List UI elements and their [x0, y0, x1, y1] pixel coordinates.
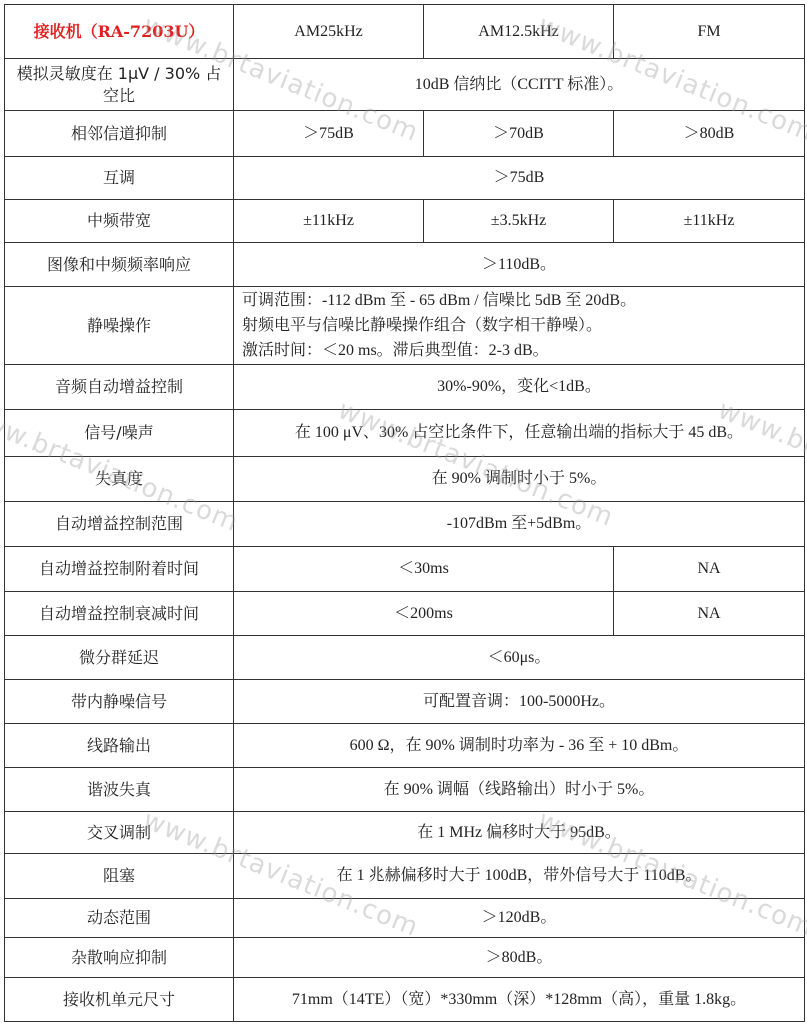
row-value: ＞120dB。 [234, 899, 805, 938]
row-label: 模拟灵敏度在 1μV / 30% 占空比 [5, 59, 234, 111]
row-value: ＞110dB。 [234, 243, 805, 287]
row-value-fm: NA [614, 547, 805, 592]
row-label: 杂散响应抑制 [5, 938, 234, 978]
squelch-range-line: 可调范围：-112 dBm 至 - 65 dBm / 信噪比 5dB 至 20d… [242, 288, 798, 313]
table-row: 交叉调制 在 1 MHz 偏移时大于 95dB。 [5, 812, 805, 854]
row-label: 阻塞 [5, 854, 234, 899]
table-row: 接收机单元尺寸 71mm（14TE）（宽）*330mm（深）*128mm（高），… [5, 978, 805, 1022]
table-row: 失真度 在 90% 调制时小于 5%。 [5, 457, 805, 502]
row-value-fm: ＞80dB [614, 111, 805, 157]
row-value: 600 Ω，在 90% 调制时功率为 - 36 至 + 10 dBm。 [234, 724, 805, 768]
row-value-fm: ±11kHz [614, 200, 805, 243]
row-value: 71mm（14TE）（宽）*330mm（深）*128mm（高），重量 1.8kg… [234, 978, 805, 1022]
row-label: 中频带宽 [5, 200, 234, 243]
table-header-row: 接收机（RA-7203U） AM25kHz AM12.5kHz FM [5, 5, 805, 59]
row-label: 自动增益控制范围 [5, 502, 234, 547]
table-row: 图像和中频频率响应 ＞110dB。 [5, 243, 805, 287]
row-value-am12-5khz: ＞70dB [424, 111, 614, 157]
table-row: 静噪操作 可调范围：-112 dBm 至 - 65 dBm / 信噪比 5dB … [5, 287, 805, 365]
row-label: 相邻信道抑制 [5, 111, 234, 157]
table-row: 中频带宽 ±11kHz ±3.5kHz ±11kHz [5, 200, 805, 243]
table-title: 接收机（RA-7203U） [5, 5, 234, 59]
row-label: 互调 [5, 157, 234, 200]
row-value-am: ＜30ms [234, 547, 614, 592]
table-row: 互调 ＞75dB [5, 157, 805, 200]
row-value-am: ＜200ms [234, 592, 614, 636]
row-label: 自动增益控制衰减时间 [5, 592, 234, 636]
row-value: 在 1 MHz 偏移时大于 95dB。 [234, 812, 805, 854]
table-row: 自动增益控制衰减时间 ＜200ms NA [5, 592, 805, 636]
row-label: 交叉调制 [5, 812, 234, 854]
table-row: 自动增益控制附着时间 ＜30ms NA [5, 547, 805, 592]
column-header-am12-5khz: AM12.5kHz [424, 5, 614, 59]
row-label: 图像和中频频率响应 [5, 243, 234, 287]
table-row: 模拟灵敏度在 1μV / 30% 占空比 10dB 信纳比（CCITT 标准）。 [5, 59, 805, 111]
receiver-spec-table: 接收机（RA-7203U） AM25kHz AM12.5kHz FM 模拟灵敏度… [4, 4, 805, 1022]
column-header-am25khz: AM25kHz [234, 5, 424, 59]
table-row: 线路输出 600 Ω，在 90% 调制时功率为 - 36 至 + 10 dBm。 [5, 724, 805, 768]
row-value: 在 90% 调幅（线路输出）时小于 5%。 [234, 768, 805, 812]
row-label: 微分群延迟 [5, 636, 234, 680]
row-value-am12-5khz: ±3.5kHz [424, 200, 614, 243]
table-row: 相邻信道抑制 ＞75dB ＞70dB ＞80dB [5, 111, 805, 157]
row-value: ＞75dB [234, 157, 805, 200]
table-row: 音频自动增益控制 30%-90%，变化<1dB。 [5, 365, 805, 410]
column-header-fm: FM [614, 5, 805, 59]
row-label: 信号/噪声 [5, 410, 234, 457]
row-label: 线路输出 [5, 724, 234, 768]
table-row: 信号/噪声 在 100 μV、30% 占空比条件下，任意输出端的指标大于 45 … [5, 410, 805, 457]
row-label: 音频自动增益控制 [5, 365, 234, 410]
squelch-combination-line: 射频电平与信噪比静噪操作组合（数字相干静噪）。 [242, 313, 798, 338]
row-value: 在 100 μV、30% 占空比条件下，任意输出端的指标大于 45 dB。 [234, 410, 805, 457]
row-label: 接收机单元尺寸 [5, 978, 234, 1022]
row-label: 静噪操作 [5, 287, 234, 365]
row-label: 失真度 [5, 457, 234, 502]
row-label: 谐波失真 [5, 768, 234, 812]
row-value-am25khz: ＞75dB [234, 111, 424, 157]
row-value: ＜60μs。 [234, 636, 805, 680]
table-row: 自动增益控制范围 -107dBm 至+5dBm。 [5, 502, 805, 547]
row-value: 10dB 信纳比（CCITT 标准）。 [234, 59, 805, 111]
row-value-multiline: 可调范围：-112 dBm 至 - 65 dBm / 信噪比 5dB 至 20d… [234, 287, 805, 365]
table-row: 阻塞 在 1 兆赫偏移时大于 100dB，带外信号大于 110dB。 [5, 854, 805, 899]
row-value: 可配置音调：100-5000Hz。 [234, 680, 805, 724]
table-row: 谐波失真 在 90% 调幅（线路输出）时小于 5%。 [5, 768, 805, 812]
squelch-activation-line: 激活时间：＜20 ms。滞后典型值：2-3 dB。 [242, 338, 798, 363]
table-row: 带内静噪信号 可配置音调：100-5000Hz。 [5, 680, 805, 724]
row-label: 带内静噪信号 [5, 680, 234, 724]
row-label: 动态范围 [5, 899, 234, 938]
row-value-am25khz: ±11kHz [234, 200, 424, 243]
row-value-fm: NA [614, 592, 805, 636]
row-label: 自动增益控制附着时间 [5, 547, 234, 592]
row-value: -107dBm 至+5dBm。 [234, 502, 805, 547]
table-row: 微分群延迟 ＜60μs。 [5, 636, 805, 680]
row-value: 在 1 兆赫偏移时大于 100dB，带外信号大于 110dB。 [234, 854, 805, 899]
table-row: 动态范围 ＞120dB。 [5, 899, 805, 938]
row-value: 30%-90%，变化<1dB。 [234, 365, 805, 410]
row-value: ＞80dB。 [234, 938, 805, 978]
row-value: 在 90% 调制时小于 5%。 [234, 457, 805, 502]
table-row: 杂散响应抑制 ＞80dB。 [5, 938, 805, 978]
